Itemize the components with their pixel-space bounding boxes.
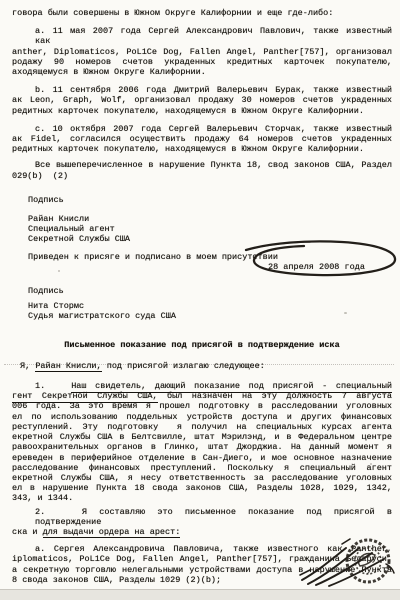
pen-circle-annotation-icon — [244, 238, 400, 278]
text-run: 8 свода законов США, Разделы 1029 (2)(b)… — [12, 575, 221, 585]
text-run: ак Fidel, согласился осуществить продажу… — [12, 134, 392, 144]
text-run: Подпись — [28, 195, 64, 205]
underlined-text: для выдачи ордера на арест: — [43, 527, 181, 539]
text-run: Специальный агент — [28, 224, 115, 234]
stamp-signature-icon — [298, 534, 400, 588]
text-line: Нита Стормс — [12, 301, 392, 311]
text-run: с. 10 октября 2007 года Сергей Валерьеви… — [35, 124, 392, 134]
text-line: екретной Службы США, я несу ответственно… — [12, 473, 392, 483]
text-line: аходящемуся в Южном Округе Калифорнии. — [12, 67, 392, 77]
text-line: говора были совершены в Южном Округе Кал… — [12, 8, 392, 18]
paragraph: говора были совершены в Южном Округе Кал… — [12, 8, 392, 18]
text-line: 1. Наш свидетель, дающий показание под п… — [12, 381, 392, 391]
document-text: говора были совершены в Южном Округе Кал… — [12, 8, 392, 585]
text-run: Я, — [20, 361, 35, 371]
text-line: с. 10 октября 2007 года Сергей Валерьеви… — [12, 124, 392, 134]
text-line: ак Fidel, согласился осуществить продажу… — [12, 134, 392, 144]
underlined-text: Райан Книсли, — [35, 361, 101, 373]
text-run: говора были совершены в Южном Округе Кал… — [12, 8, 333, 18]
paragraph: 1. Наш свидетель, дающий показание под п… — [12, 381, 392, 503]
paragraph: Нита СтормсСудья магистратского суда США — [12, 301, 392, 321]
text-line: а. 11 мая 2007 года Сергей Александрович… — [12, 26, 392, 46]
scan-noise-line — [4, 364, 394, 365]
text-run: ел в нарушение Пункта 18 свода законов С… — [12, 483, 392, 493]
text-line: ел в нарушение Пункта 18 свода законов С… — [12, 483, 392, 493]
text-run: 2. Я составляю это письменное показание … — [35, 507, 397, 527]
text-run: ак Leon, Graph, Wolf, организовал продаж… — [12, 95, 392, 105]
text-line: Я, Райан Книсли, под присягой излагаю сл… — [12, 361, 392, 371]
text-line: реступлений. Эту подготовку я получил на… — [12, 422, 392, 432]
text-line: 343, и 1344. — [12, 493, 392, 503]
text-line: ак Leon, Graph, Wolf, организовал продаж… — [12, 95, 392, 105]
text-line: 006 года. За это время я прошел подготов… — [12, 401, 392, 411]
text-line: екретной Службы США в Белтсвилле, штат М… — [12, 432, 392, 442]
text-run: а. 11 мая 2007 года Сергей Александрович… — [35, 26, 397, 46]
text-run: редитных карточек покупателю, находящему… — [12, 106, 364, 116]
text-run: Райан Книсли — [28, 214, 89, 224]
text-line: равоохранительных органов в Глинко, штат… — [12, 442, 392, 452]
text-run: расследование финансовых преступлений. П… — [12, 463, 392, 473]
text-run: ел по использованию поддельных устройств… — [12, 412, 392, 422]
text-line: расследование финансовых преступлений. П… — [12, 463, 392, 473]
text-run: аходящемуся в Южном Округе Калифорнии. — [12, 67, 206, 77]
text-line: Специальный агент — [12, 224, 392, 234]
scan-speck — [370, 463, 372, 465]
text-run: Подпись — [28, 286, 64, 296]
text-line: Подпись — [12, 286, 392, 296]
text-line: родажу 90 номеров счетов украденных кред… — [12, 57, 392, 67]
text-run: b. 11 сентября 2006 года Дмитрий Валерье… — [35, 85, 392, 95]
text-line: Райан Книсли — [12, 214, 392, 224]
text-run: равоохранительных органов в Глинко, штат… — [12, 442, 392, 452]
text-run: Нита Стормс — [28, 301, 84, 311]
paragraph: а. 11 мая 2007 года Сергей Александрович… — [12, 26, 392, 77]
text-run: 029(b) (2) — [12, 171, 68, 181]
text-line: редитных карточек покупателю, находящему… — [12, 144, 392, 154]
text-run: редитных карточек покупателю, находящему… — [12, 144, 364, 154]
text-line: anther, Diplomaticos, PoL1Ce Dog, Fallen… — [12, 47, 392, 57]
text-run: Секретной Службы США — [28, 234, 130, 244]
paragraph: Письменное показание под присягой в подт… — [12, 340, 392, 350]
text-line: 029(b) (2) — [12, 171, 392, 181]
text-line: Письменное показание под присягой в подт… — [12, 340, 392, 350]
text-run: 006 года. За это время я прошел подготов… — [12, 401, 392, 411]
text-run: 343, и 1344. — [12, 493, 73, 503]
scanned-affidavit-page: говора были совершены в Южном Округе Кал… — [0, 0, 400, 600]
text-line: 2. Я составляю это письменное показание … — [12, 507, 392, 527]
text-run: екретной Службы США, я несу ответственно… — [12, 473, 392, 483]
text-run: под присягой излагаю следующее: — [102, 361, 265, 371]
text-run: был назначен на эту должность 7 августа — [158, 391, 392, 401]
text-run: Приведен к присяге и подписано в моем пр… — [28, 252, 278, 262]
paragraph: Подпись — [12, 286, 392, 296]
text-run: Все вышеперечисленное в нарушение Пункта… — [35, 160, 392, 170]
text-run: 1. — [35, 381, 71, 391]
text-line: ел по использованию поддельных устройств… — [12, 412, 392, 422]
paragraph: b. 11 сентября 2006 года Дмитрий Валерье… — [12, 85, 392, 116]
text-line: гент Секретной Службы США, был назначен … — [12, 391, 392, 401]
scan-edge-band — [0, 589, 400, 600]
text-run: Письменное показание под присягой в подт… — [64, 340, 339, 350]
text-run: реступлений. Эту подготовку я получил на… — [12, 422, 392, 432]
paragraph: Я, Райан Книсли, под присягой излагаю сл… — [12, 361, 392, 371]
text-line: Подпись — [12, 195, 392, 205]
text-line: ереведен в периферийное отделение в Сан-… — [12, 453, 392, 463]
text-run: ереведен в периферийное отделение в Сан-… — [12, 453, 392, 463]
paragraph: с. 10 октября 2007 года Сергей Валерьеви… — [12, 124, 392, 155]
text-line: b. 11 сентября 2006 года Дмитрий Валерье… — [12, 85, 392, 95]
text-run: родажу 90 номеров счетов украденных кред… — [12, 57, 392, 67]
scan-speck — [58, 270, 60, 272]
text-run: Судья магистратского суда США — [28, 311, 176, 321]
paragraph: Все вышеперечисленное в нарушение Пункта… — [12, 160, 392, 180]
text-line: Все вышеперечисленное в нарушение Пункта… — [12, 160, 392, 170]
text-run: екретной Службы США в Белтсвилле, штат М… — [12, 432, 392, 442]
text-line: редитных карточек покупателю, находящему… — [12, 106, 392, 116]
text-line: Судья магистратского суда США — [12, 311, 392, 321]
paragraph: 2. Я составляю это письменное показание … — [12, 507, 392, 538]
text-run: ска и — [12, 527, 43, 537]
paragraph: Подпись — [12, 195, 392, 205]
text-run: anther, Diplomaticos, PoL1Ce Dog, Fallen… — [12, 47, 392, 57]
scan-speck — [344, 312, 347, 314]
